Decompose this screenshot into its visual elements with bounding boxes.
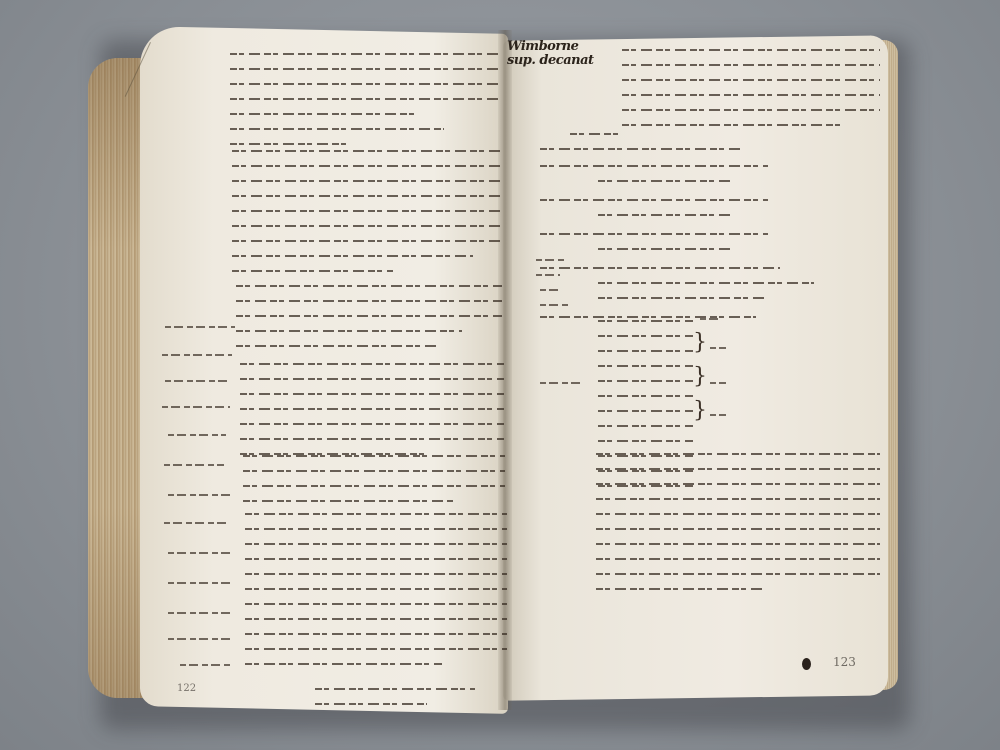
margin-note (162, 350, 232, 359)
right-page-heading: Wimborne sup. decanat (507, 40, 594, 68)
margin-note (710, 410, 726, 419)
margin-note (540, 378, 580, 387)
brace-mark: } (693, 366, 707, 388)
margin-note (536, 270, 560, 279)
right-page-list (540, 128, 780, 326)
right-page-intro (622, 44, 880, 134)
left-folio-mark: 122 (177, 683, 196, 694)
ink-stain (802, 658, 811, 670)
left-page-entry-2 (232, 145, 500, 280)
margin-note (540, 285, 560, 294)
left-page-entry-4 (240, 358, 504, 463)
margin-note (165, 322, 235, 331)
left-page-entry-3 (236, 280, 502, 355)
margin-note (710, 343, 726, 352)
margin-note (168, 578, 232, 587)
heading-deanery: sup. decanat (507, 54, 594, 68)
margin-note (168, 548, 232, 557)
left-page-entry-1 (230, 48, 498, 153)
margin-note (168, 634, 232, 643)
left-page-entry-6 (245, 508, 507, 673)
margin-note (168, 430, 226, 439)
heading-place: Wimborne (507, 40, 594, 54)
margin-note (168, 490, 234, 499)
folio-number: 123 (833, 655, 856, 669)
margin-note (540, 300, 568, 309)
margin-note (710, 378, 726, 387)
brace-mark: } (693, 332, 707, 354)
margin-note (165, 376, 231, 385)
margin-note (168, 608, 232, 617)
left-page-signature (315, 683, 475, 713)
left-page-entry-5 (243, 450, 505, 510)
brace-mark: } (693, 400, 707, 422)
margin-note (180, 660, 230, 669)
margin-note (536, 255, 566, 264)
margin-note (162, 402, 230, 411)
margin-note (700, 314, 722, 323)
margin-note (164, 460, 224, 469)
margin-note (164, 518, 230, 527)
right-page-entry (596, 448, 880, 598)
